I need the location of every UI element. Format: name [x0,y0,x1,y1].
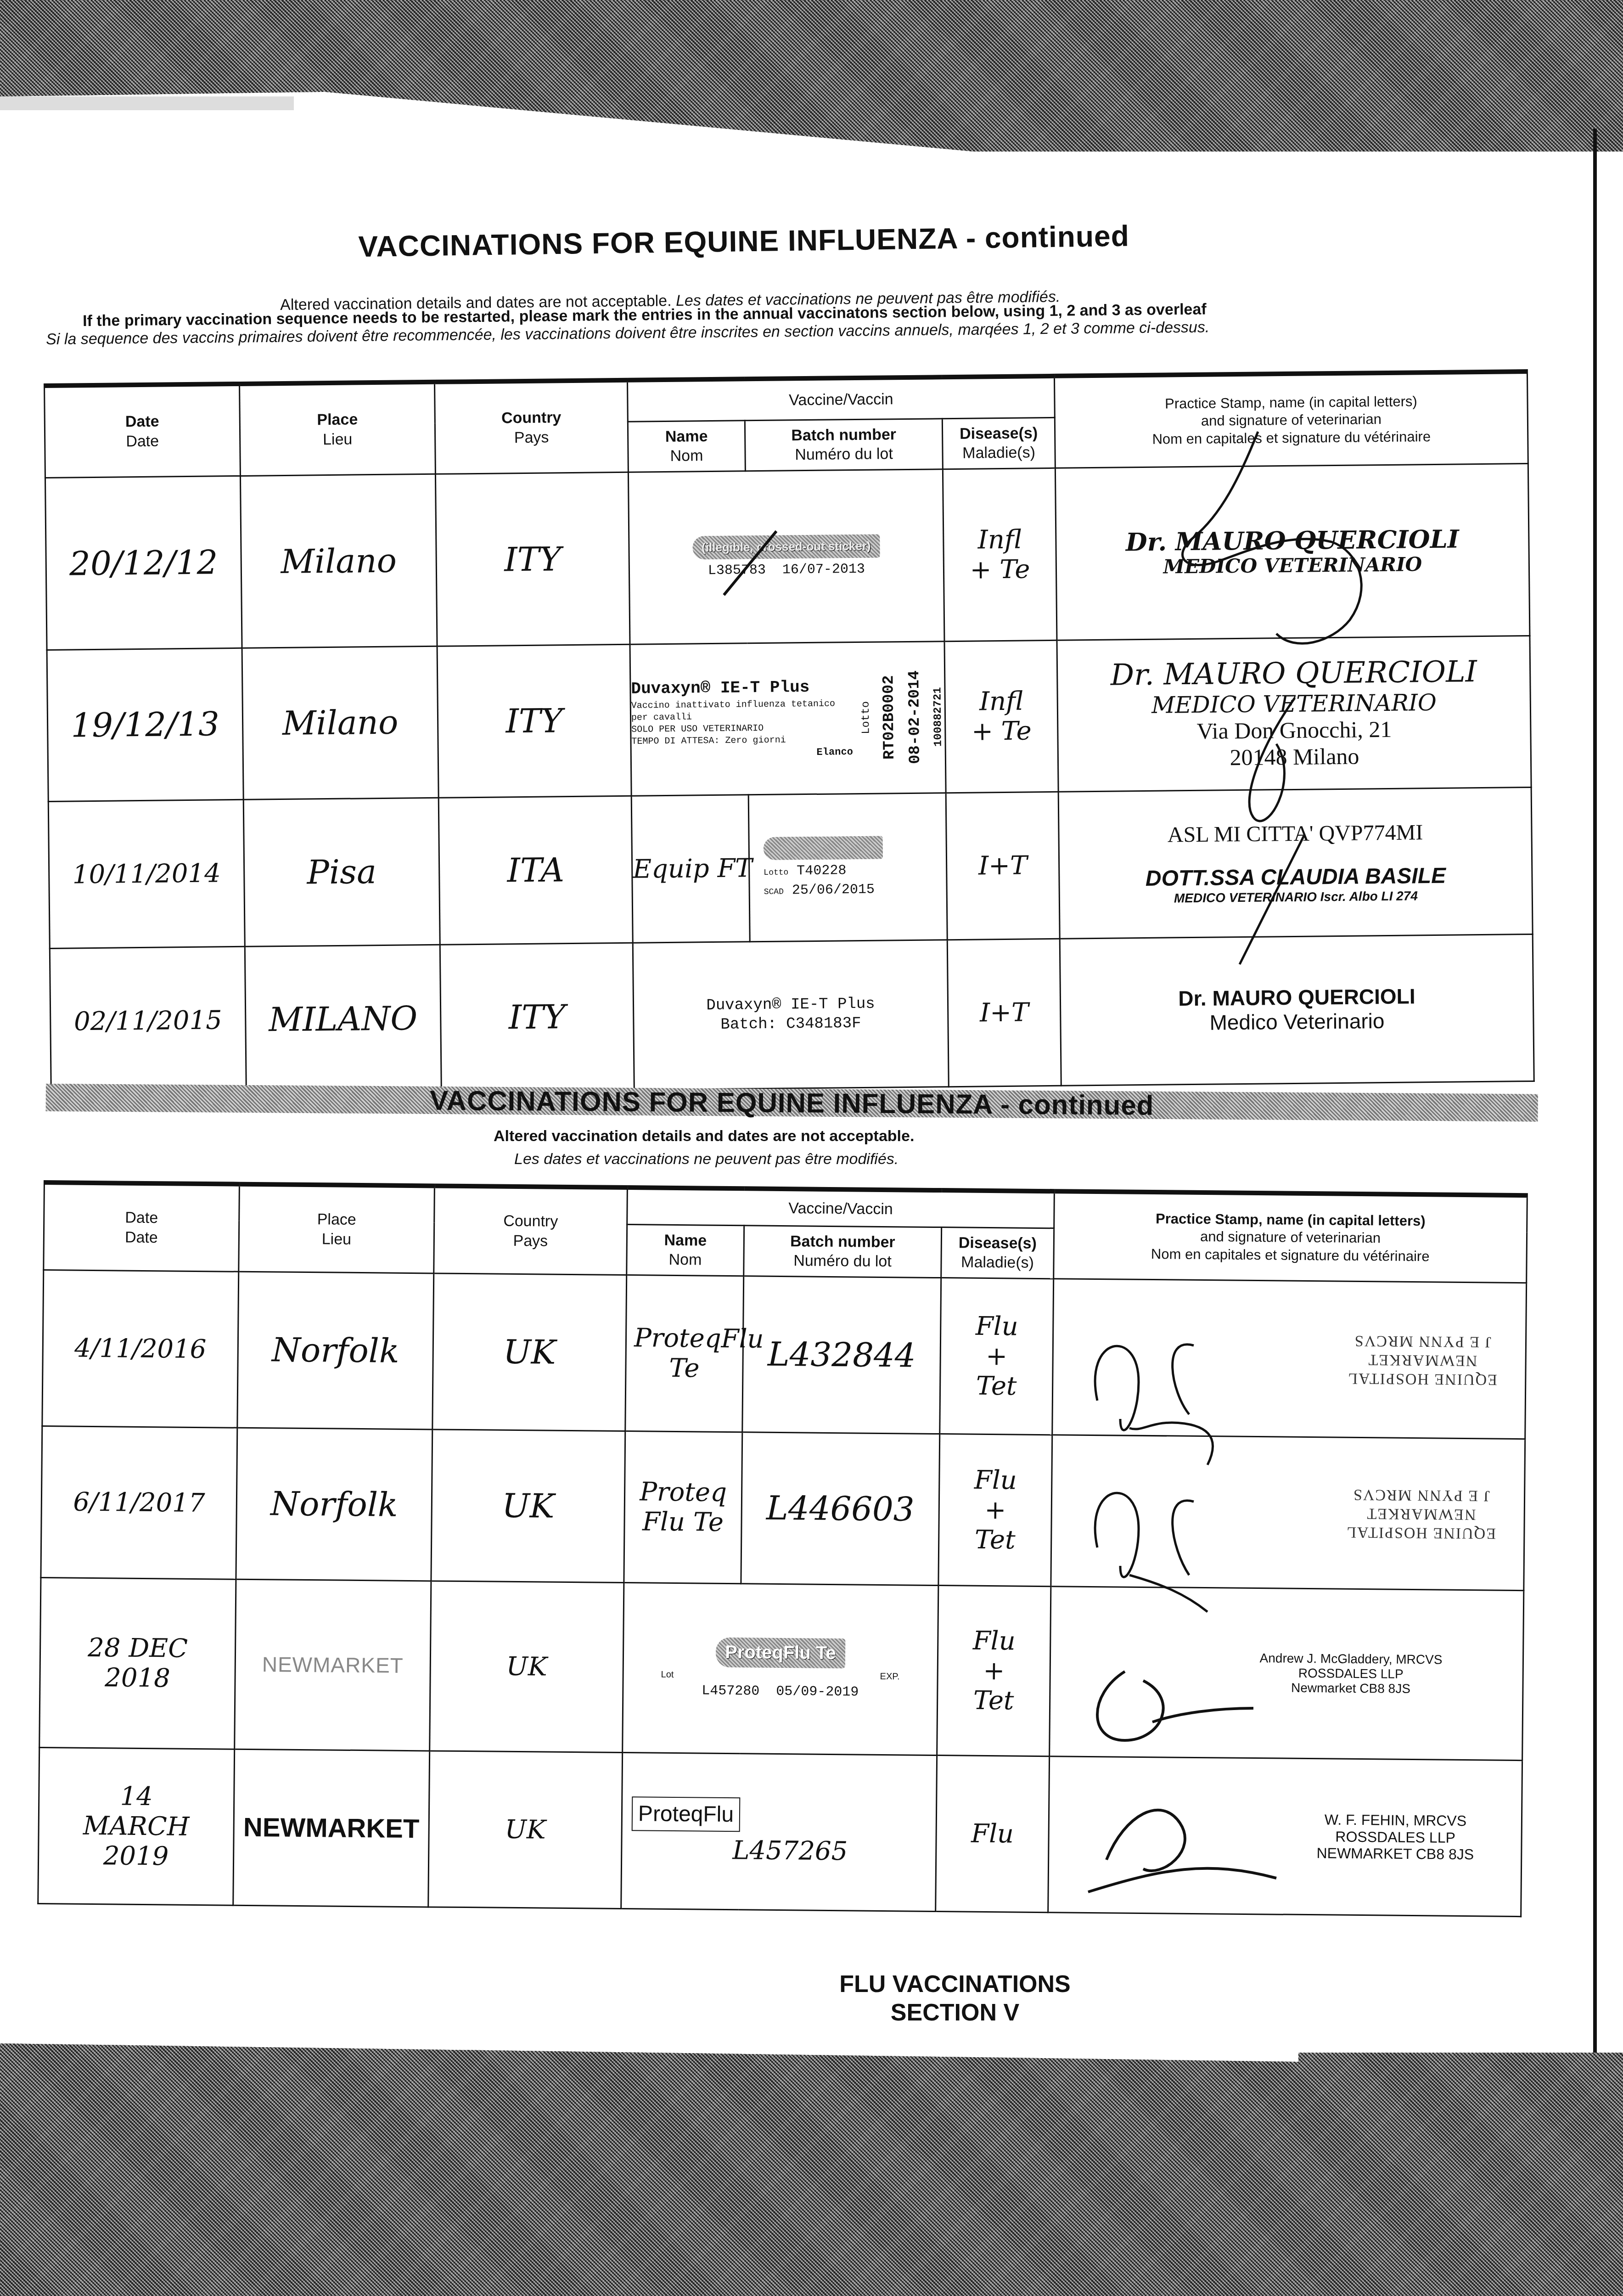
name-cell: Equip FT [631,794,750,942]
section-title: VACCINATIONS FOR EQUINE INFLUENZA - cont… [358,219,1129,264]
col-country: CountryPays [434,1186,628,1275]
col-stamp: Practice Stamp, name (in capital letters… [1054,371,1528,468]
place-cell: Norfolk [236,1428,432,1581]
country-cell: UK [432,1273,627,1431]
table-row: 10/11/2014 Pisa ITA Equip FT Lotto T4022… [48,787,1533,948]
table-row: 14 MARCH 2019 NEWMARKET UK ProteqFlu L45… [38,1747,1522,1916]
place-cell: Milano [242,646,438,799]
col-place: PlaceLieu [239,1184,435,1273]
vaccine-sticker: (illegible, crossed-out sticker) [692,535,880,560]
vaccine-label-cell: ProteqFlu Te Lot EXP. L457280 05/09-2019 [623,1582,938,1755]
date-cell: 20/12/12 [45,476,242,650]
country-cell: ITA [438,796,633,945]
vet-stamp: Andrew J. McGladdery, MRCVS ROSSDALES LL… [1050,1649,1522,1698]
name-cell: ProteqFlu Te [625,1275,744,1432]
date-cell: 02/11/2015 [50,946,246,1095]
batch-cell: L446603 [741,1432,940,1585]
table-row: 28 DEC 2018 NEWMARKET UK ProteqFlu Te Lo… [39,1577,1524,1760]
vaccine-label-cell: ProteqFlu L457265 [621,1752,937,1911]
col-disease: Disease(s)Maladie(s) [941,1227,1054,1278]
place-cell: Pisa [243,798,440,946]
stamp-cell: EQUINE HOSPITAL NEWMARKET J E PYNN MRCVS [1052,1278,1527,1439]
vet-stamp: Dr. MAURO QUERCIOLI MEDICO VETERINARIO [1056,524,1528,579]
name-cell: Proteq Flu Te [624,1431,742,1583]
date-cell: 4/11/2016 [42,1270,239,1428]
country-cell: UK [431,1429,625,1582]
col-date: DateDate [44,1182,240,1272]
vet-stamp: W. F. FEHIN, MRCVS ROSSDALES LLP NEWMARK… [1049,1809,1521,1863]
date-cell: 6/11/2017 [41,1426,237,1579]
place-cell: NEWMARKET [233,1749,430,1907]
batch-cell: L432844 [742,1276,941,1434]
disease-cell: Infl + Te [944,640,1058,793]
table-row: 4/11/2016 Norfolk UK ProteqFlu Te L43284… [42,1270,1527,1439]
col-date: DateDate [45,384,241,478]
disease-cell: Flu + Tet [940,1277,1054,1435]
place-cell: Norfolk [237,1272,434,1429]
date-cell: 10/11/2014 [48,799,245,948]
stamp-cell: Andrew J. McGladdery, MRCVS ROSSDALES LL… [1050,1586,1524,1760]
country-cell: ITY [435,472,630,646]
country-cell: UK [430,1581,624,1752]
notice-line-2: Les dates et vaccinations ne peuvent pas… [514,1150,899,1168]
col-batch: Batch numberNuméro du lot [744,1225,942,1277]
table-row: 20/12/12 Milano ITY (illegible, crossed-… [45,463,1529,650]
disease-cell: I+T [946,792,1060,940]
scan-shadow-bottom [0,2034,1623,2296]
section-title: VACCINATIONS FOR EQUINE INFLUENZA - cont… [430,1084,1154,1121]
vaccine-sticker [764,836,883,860]
table-row: 02/11/2015 MILANO ITY Duvaxyn® IE-T Plus… [50,934,1534,1095]
vaccine-label-cell: Duvaxyn® IE-T Plus Batch: C348183F [633,940,949,1090]
place-cell: MILANO [245,945,441,1093]
disease-cell: Flu + Tet [937,1585,1051,1756]
batch-line: L385783 16/07-2013 [708,562,865,579]
table-row: 6/11/2017 Norfolk UK Proteq Flu Te L4466… [41,1426,1525,1590]
vet-stamp: Dr. MAURO QUERCIOLI MEDICO VETERINARIO V… [1058,655,1530,772]
disease-cell: Flu + Tet [938,1434,1052,1586]
vaccination-table-1: DateDate PlaceLieu CountryPays Vaccine/V… [44,369,1535,1096]
scan-strip [0,96,294,110]
footer-section-title: FLU VACCINATIONS SECTION V [836,1970,1074,2027]
vaccine-sticker: ProteqFlu Te [716,1638,845,1668]
col-disease: Disease(s)Maladie(s) [942,417,1055,469]
col-batch: Batch numberNuméro du lot [745,418,943,471]
section-title-band: VACCINATIONS FOR EQUINE INFLUENZA - cont… [46,1084,1538,1122]
stamp-cell: EQUINE HOSPITAL NEWMARKET J E PYNN MRCVS [1051,1435,1525,1590]
date-cell: 28 DEC 2018 [39,1577,236,1749]
place-cell: Milano [240,474,437,648]
vet-stamp-upside-down: EQUINE HOSPITAL NEWMARKET J E PYNN MRCVS [1346,1485,1497,1542]
vaccination-table-2: DateDate PlaceLieu CountryPays Vaccine/V… [37,1180,1528,1917]
batch-number: L457265 [732,1835,848,1866]
col-vaccine-group: Vaccine/Vaccin [627,376,1055,422]
vet-stamp-upside-down: EQUINE HOSPITAL NEWMARKET J E PYNN MRCVS [1348,1331,1498,1389]
stamp-cell: ASL MI CITTA' QVP774MI DOTT.SSA CLAUDIA … [1058,787,1533,939]
place-cell: NEWMARKET [235,1579,431,1751]
date-cell: 19/12/13 [47,648,243,801]
vaccine-name-box: ProteqFlu [632,1796,741,1832]
vet-stamp: ASL MI CITTA' QVP774MI DOTT.SSA CLAUDIA … [1059,819,1532,907]
col-place: PlaceLieu [240,382,436,476]
batch-cell: Lotto T40228 SCAD 25/06/2015 [748,793,947,941]
disease-cell: Infl + Te [943,468,1057,641]
country-cell: ITY [437,644,631,798]
stamp-cell: Dr. MAURO QUERCIOLI MEDICO VETERINARIO V… [1057,636,1531,792]
scan-shadow-top [0,0,1623,152]
col-country: CountryPays [435,380,629,474]
disease-cell: Flu [936,1755,1050,1912]
stamp-cell: Dr. MAURO QUERCIOLI MEDICO VETERINARIO [1055,463,1530,640]
col-vaccine-name: NameNom [627,1224,744,1276]
country-cell: ITY [440,943,634,1092]
vaccine-label: Duvaxyn® IE-T Plus Vaccino inattivato in… [631,676,853,761]
stamp-cell: Dr. MAURO QUERCIOLI Medico Veterinario [1060,934,1534,1086]
notice-line-1: Altered vaccination details and dates ar… [494,1127,914,1145]
lot-expiry: Lotto RT02B0002 08-02-2014 100882721 [859,670,945,765]
disease-cell: I+T [947,939,1061,1086]
vaccine-label-cell: Duvaxyn® IE-T Plus Vaccino inattivato in… [630,641,946,796]
table-row: 19/12/13 Milano ITY Duvaxyn® IE-T Plus V… [47,636,1531,801]
col-stamp: Practice Stamp, name (in capital letters… [1054,1191,1528,1283]
col-vaccine-group: Vaccine/Vaccin [627,1187,1055,1228]
col-vaccine-name: NameNom [628,420,745,472]
date-cell: 14 MARCH 2019 [38,1747,235,1905]
vet-stamp: Dr. MAURO QUERCIOLI Medico Veterinario [1061,983,1533,1036]
vaccine-label-cell: (illegible, crossed-out sticker) L385783… [628,469,944,644]
page-edge [1593,129,1597,2057]
country-cell: UK [428,1750,623,1908]
stamp-cell: W. F. FEHIN, MRCVS ROSSDALES LLP NEWMARK… [1048,1756,1522,1916]
